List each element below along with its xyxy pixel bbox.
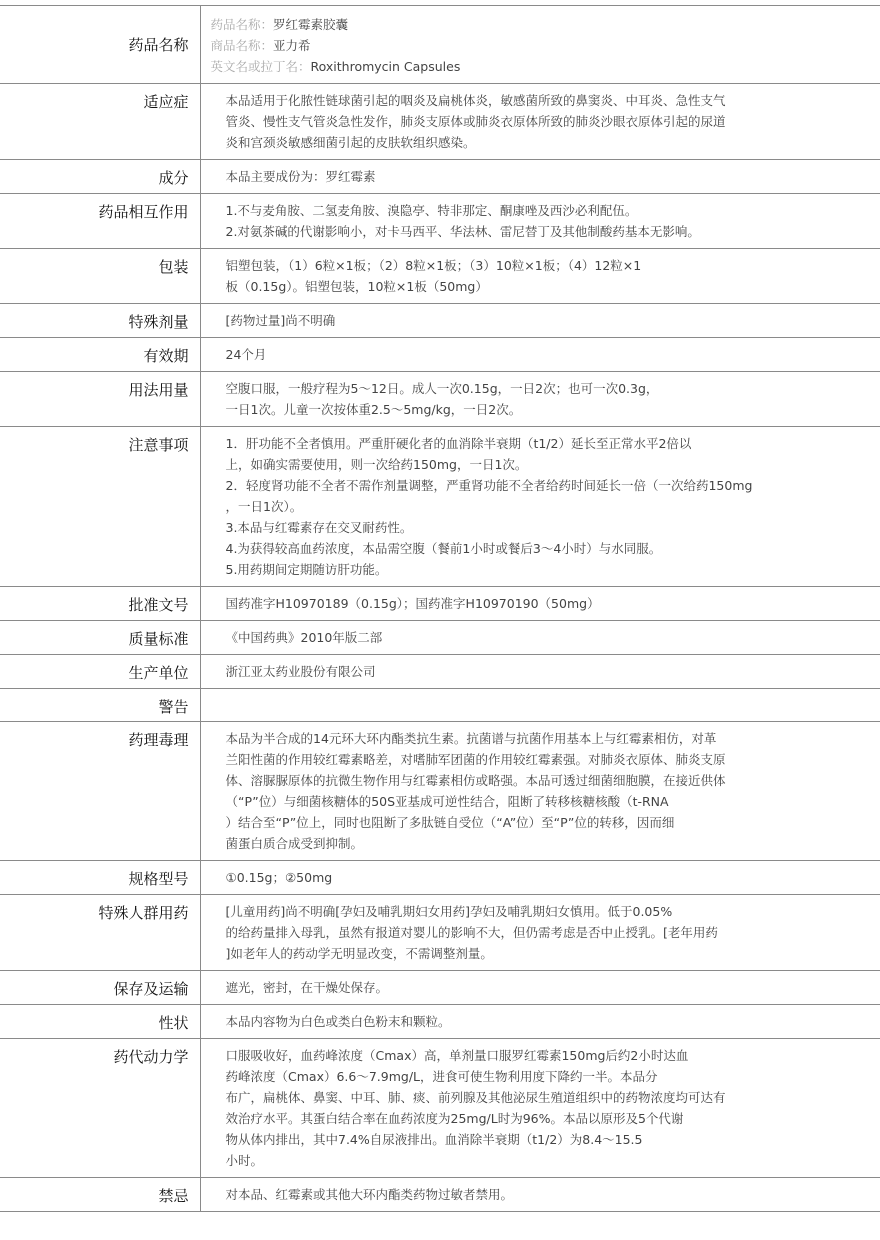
value-line: 本品主要成份为：罗红霉素 [226,166,871,187]
row-ingredients: 成分本品主要成份为：罗红霉素 [0,160,880,194]
row-label: 用法用量 [0,372,200,427]
row-manufacturer: 生产单位浙江亚太药业股份有限公司 [0,655,880,689]
row-value [200,689,880,722]
value-line: 1.不与麦角胺、二氢麦角胺、溴隐亭、特非那定、酮康唑及西沙必利配伍。 [226,200,871,221]
english-name-key: 英文名或拉丁名： [211,59,311,74]
row-value: [儿童用药]尚不明确[孕妇及哺乳期妇女用药]孕妇及哺乳期妇女慎用。低于0.05%… [200,895,880,971]
row-label: 质量标准 [0,621,200,655]
row-special-dosage: 特殊剂量[药物过量]尚不明确 [0,304,880,338]
row-label: 禁忌 [0,1178,200,1212]
value-line: 上，如确实需要使用，则一次给药150mg，一日1次。 [226,454,871,475]
row-value: ①0.15g；②50mg [200,861,880,895]
row-shelf-life: 有效期24个月 [0,338,880,372]
row-drug-interactions: 药品相互作用1.不与麦角胺、二氢麦角胺、溴隐亭、特非那定、酮康唑及西沙必利配伍。… [0,194,880,249]
value-line: 炎和宫颈炎敏感细菌引起的皮肤软组织感染。 [226,132,871,153]
row-precautions: 注意事项1．肝功能不全者慎用。严重肝硬化者的血消除半衰期（t1/2）延长至正常水… [0,427,880,587]
row-value: 空腹口服，一般疗程为5～12日。成人一次0.15g，一日2次；也可一次0.3g，… [200,372,880,427]
row-label: 生产单位 [0,655,200,689]
row-label: 适应症 [0,84,200,160]
row-label: 药品名称 [0,6,200,84]
value-line: 的给药量排入母乳，虽然有报道对婴儿的影响不大，但仍需考虑是否中止授乳。[老年用药 [226,922,871,943]
row-specification: 规格型号①0.15g；②50mg [0,861,880,895]
row-value: 本品内容物为白色或类白色粉末和颗粒。 [200,1005,880,1039]
value-line: 2.对氨茶碱的代谢影响小，对卡马西平、华法林、雷尼替丁及其他制酸药基本无影响。 [226,221,871,242]
generic-name-key: 药品名称： [211,17,274,32]
value-line: 国药准字H10970189（0.15g）；国药准字H10970190（50mg） [226,593,871,614]
row-value: 24个月 [200,338,880,372]
value-line: 空腹口服，一般疗程为5～12日。成人一次0.15g，一日2次；也可一次0.3g， [226,378,871,399]
value-line: ]如老年人的药动学无明显改变，不需调整剂量。 [226,943,871,964]
row-value: 本品适用于化脓性链球菌引起的咽炎及扁桃体炎，敏感菌所致的鼻窦炎、中耳炎、急性支气… [200,84,880,160]
value-line: 物从体内排出，其中7.4%自尿液排出。血消除半衰期（t1/2）为8.4～15.5 [226,1129,871,1150]
row-approval-number: 批准文号国药准字H10970189（0.15g）；国药准字H10970190（5… [0,587,880,621]
row-value: 《中国药典》2010年版二部 [200,621,880,655]
value-line: 对本品、红霉素或其他大环内酯类药物过敏者禁用。 [226,1184,871,1205]
value-line: [儿童用药]尚不明确[孕妇及哺乳期妇女用药]孕妇及哺乳期妇女慎用。低于0.05% [226,901,871,922]
row-label: 药理毒理 [0,722,200,861]
trade-name-line: 商品名称：亚力希 [211,35,871,56]
value-line: 一日1次。儿童一次按体重2.5～5mg/kg，一日2次。 [226,399,871,420]
row-value: 对本品、红霉素或其他大环内酯类药物过敏者禁用。 [200,1178,880,1212]
row-label: 药代动力学 [0,1039,200,1178]
row-label: 规格型号 [0,861,200,895]
value-line: 4.为获得较高血药浓度，本品需空腹（餐前1小时或餐后3～4小时）与水同服。 [226,538,871,559]
row-pharmacology-toxicology: 药理毒理本品为半合成的14元环大环内酯类抗生素。抗菌谱与抗菌作用基本上与红霉素相… [0,722,880,861]
row-contraindications: 禁忌对本品、红霉素或其他大环内酯类药物过敏者禁用。 [0,1178,880,1212]
value-line: 体、溶脲脲原体的抗微生物作用与红霉素相仿或略强。本品可透过细菌细胞膜，在接近供体 [226,770,871,791]
value-line: 口服吸收好，血药峰浓度（Cmax）高，单剂量口服罗红霉素150mg后约2小时达血 [226,1045,871,1066]
row-value: 本品主要成份为：罗红霉素 [200,160,880,194]
row-value: 1.不与麦角胺、二氢麦角胺、溴隐亭、特非那定、酮康唑及西沙必利配伍。2.对氨茶碱… [200,194,880,249]
row-special-populations: 特殊人群用药[儿童用药]尚不明确[孕妇及哺乳期妇女用药]孕妇及哺乳期妇女慎用。低… [0,895,880,971]
trade-name-value: 亚力希 [273,38,311,53]
value-line: 1．肝功能不全者慎用。严重肝硬化者的血消除半衰期（t1/2）延长至正常水平2倍以 [226,433,871,454]
row-label: 包装 [0,249,200,304]
english-name-line: 英文名或拉丁名：Roxithromycin Capsules [211,56,871,77]
value-line: 5.用药期间定期随访肝功能。 [226,559,871,580]
row-label: 性状 [0,1005,200,1039]
value-line: 菌蛋白质合成受到抑制。 [226,833,871,854]
row-value: 本品为半合成的14元环大环内酯类抗生素。抗菌谱与抗菌作用基本上与红霉素相仿，对革… [200,722,880,861]
value-line: 板（0.15g）。铝塑包装，10粒×1板（50mg） [226,276,871,297]
row-label: 特殊人群用药 [0,895,200,971]
generic-name-value: 罗红霉素胶囊 [273,17,348,32]
value-line: 本品内容物为白色或类白色粉末和颗粒。 [226,1011,871,1032]
value-line: ，一日1次）。 [226,496,871,517]
value-line: ）结合至“P”位上，同时也阻断了多肽链自受位（“A”位）至“P”位的转移，因而细 [226,812,871,833]
value-line: 兰阳性菌的作用较红霉素略差，对嗜肺军团菌的作用较红霉素强。对肺炎衣原体、肺炎支原 [226,749,871,770]
row-label: 警告 [0,689,200,722]
drug-spec-table: 药品名称 药品名称：罗红霉素胶囊 商品名称：亚力希 英文名或拉丁名：Roxith… [0,5,880,1212]
row-value: 铝塑包装，（1）6粒×1板；（2）8粒×1板；（3）10粒×1板；（4）12粒×… [200,249,880,304]
row-label: 批准文号 [0,587,200,621]
row-drug-name: 药品名称 药品名称：罗红霉素胶囊 商品名称：亚力希 英文名或拉丁名：Roxith… [0,6,880,84]
row-value: 浙江亚太药业股份有限公司 [200,655,880,689]
value-line: 布广，扁桃体、鼻窦、中耳、肺、痰、前列腺及其他泌尿生殖道组织中的药物浓度均可达有 [226,1087,871,1108]
value-line: 24个月 [226,344,871,365]
value-line: 遮光，密封，在干燥处保存。 [226,977,871,998]
row-warning: 警告 [0,689,880,722]
row-quality-standard: 质量标准《中国药典》2010年版二部 [0,621,880,655]
english-name-value: Roxithromycin Capsules [311,59,461,74]
value-line: 药峰浓度（Cmax）6.6～7.9mg/L，进食可使生物利用度下降约一半。本品分 [226,1066,871,1087]
row-value: 遮光，密封，在干燥处保存。 [200,971,880,1005]
row-appearance: 性状本品内容物为白色或类白色粉末和颗粒。 [0,1005,880,1039]
row-label: 有效期 [0,338,200,372]
row-value: 口服吸收好，血药峰浓度（Cmax）高，单剂量口服罗红霉素150mg后约2小时达血… [200,1039,880,1178]
row-label: 保存及运输 [0,971,200,1005]
row-indications: 适应症本品适用于化脓性链球菌引起的咽炎及扁桃体炎，敏感菌所致的鼻窦炎、中耳炎、急… [0,84,880,160]
value-line: 小时。 [226,1150,871,1171]
value-line: 《中国药典》2010年版二部 [226,627,871,648]
row-pharmacokinetics: 药代动力学口服吸收好，血药峰浓度（Cmax）高，单剂量口服罗红霉素150mg后约… [0,1039,880,1178]
row-value: 国药准字H10970189（0.15g）；国药准字H10970190（50mg） [200,587,880,621]
value-line: 2．轻度肾功能不全者不需作剂量调整，严重肾功能不全者给药时间延长一倍（一次给药1… [226,475,871,496]
row-packaging: 包装铝塑包装，（1）6粒×1板；（2）8粒×1板；（3）10粒×1板；（4）12… [0,249,880,304]
value-line: 3.本品与红霉素存在交叉耐药性。 [226,517,871,538]
row-value: 1．肝功能不全者慎用。严重肝硬化者的血消除半衰期（t1/2）延长至正常水平2倍以… [200,427,880,587]
row-value: [药物过量]尚不明确 [200,304,880,338]
value-line: 本品为半合成的14元环大环内酯类抗生素。抗菌谱与抗菌作用基本上与红霉素相仿，对革 [226,728,871,749]
value-line: 铝塑包装，（1）6粒×1板；（2）8粒×1板；（3）10粒×1板；（4）12粒×… [226,255,871,276]
value-line: ①0.15g；②50mg [226,867,871,888]
row-storage-transport: 保存及运输遮光，密封，在干燥处保存。 [0,971,880,1005]
row-label: 特殊剂量 [0,304,200,338]
value-line: （“P”位）与细菌核糖体的50S亚基成可逆性结合，阻断了转移核糖核酸（t-RNA [226,791,871,812]
row-label: 成分 [0,160,200,194]
row-dosage-usage: 用法用量空腹口服，一般疗程为5～12日。成人一次0.15g，一日2次；也可一次0… [0,372,880,427]
value-line: [药物过量]尚不明确 [226,310,871,331]
value-line: 本品适用于化脓性链球菌引起的咽炎及扁桃体炎，敏感菌所致的鼻窦炎、中耳炎、急性支气 [226,90,871,111]
value-line: 浙江亚太药业股份有限公司 [226,661,871,682]
row-label: 注意事项 [0,427,200,587]
value-line: 效治疗水平。其蛋白结合率在血药浓度为25mg/L时为96%。本品以原形及5个代谢 [226,1108,871,1129]
row-label: 药品相互作用 [0,194,200,249]
value-line: 管炎、慢性支气管炎急性发作，肺炎支原体或肺炎衣原体所致的肺炎沙眼衣原体引起的尿道 [226,111,871,132]
trade-name-key: 商品名称： [211,38,274,53]
spec-table-body: 药品名称 药品名称：罗红霉素胶囊 商品名称：亚力希 英文名或拉丁名：Roxith… [0,6,880,1212]
generic-name-line: 药品名称：罗红霉素胶囊 [211,14,871,35]
row-value: 药品名称：罗红霉素胶囊 商品名称：亚力希 英文名或拉丁名：Roxithromyc… [200,6,880,84]
